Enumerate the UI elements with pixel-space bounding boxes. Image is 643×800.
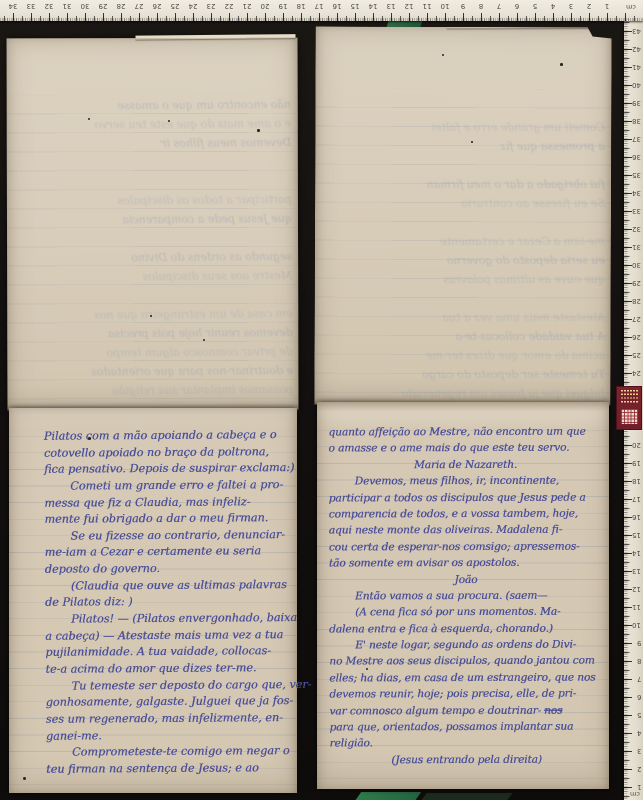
handwritten-line: comparencia de todos, e a vossa tambem, …	[329, 505, 603, 522]
handwritten-line: Cometi um grande erro e faltei a pro-	[44, 477, 290, 495]
ruler-number: 30	[81, 2, 90, 10]
ruler-number: 12	[632, 585, 641, 593]
ruler-number: 22	[225, 2, 234, 10]
left-page-written-sheet: Pilatos com a mão apoiando a cabeça e oc…	[9, 408, 297, 793]
handwritten-line: o amasse e o ame mais do que este teu se…	[328, 440, 602, 457]
ruler-number: 34	[9, 2, 18, 10]
paper-speck	[150, 315, 152, 317]
ruler-unit-label: cm	[630, 790, 640, 798]
handwritten-line: dalena entra e fica à esquerda, chorando…	[329, 620, 603, 637]
ruler-number: 32	[45, 2, 54, 10]
handwritten-line: Se eu fizesse ao contrario, denunciar-	[44, 527, 290, 545]
bleedthrough-line: e doutrinar-nos para que orientados	[14, 361, 293, 382]
ruler-number: 23	[207, 2, 216, 10]
ruler-number: 1	[605, 2, 609, 10]
ruler-number: 4	[637, 729, 641, 737]
ruler-number: 16	[333, 2, 342, 10]
ruler-number: 25	[632, 351, 641, 359]
bleedthrough-line: e o ame mais do que este teu servo	[12, 114, 291, 135]
ruler-number: 36	[632, 153, 641, 161]
paper-speck	[203, 339, 205, 341]
ruler-number: 2	[587, 2, 591, 10]
ruler-number: 12	[405, 2, 414, 10]
handwritten-line: participar a todos os discipulos que Jes…	[329, 489, 603, 506]
ruler-number: 15	[351, 2, 360, 10]
bleedthrough-line	[13, 228, 292, 249]
paper-speck	[168, 120, 170, 122]
bleedthrough-line: Tu temeste ser deposto do cargo	[321, 365, 605, 384]
ruler-number: 10	[632, 621, 641, 629]
handwritten-line: (A cena fica só por uns momentos. Ma-	[329, 604, 603, 621]
ruler-number: 31	[632, 243, 641, 251]
ruler-number: 19	[632, 459, 641, 467]
handwritten-line: cou certa de esperar-nos comsigo; apress…	[329, 538, 603, 555]
bleedthrough-line: que Jesus pede a comparencia	[13, 209, 292, 230]
ruler-number: 18	[297, 2, 306, 10]
right-page-bleedthrough: Cometi um grande erro e falteia promessa…	[321, 99, 606, 403]
ruler-number: 25	[171, 2, 180, 10]
handwritten-line: Maria de Nazareth.	[329, 456, 603, 473]
handwritten-line: E' neste logar, segundo as ordens do Div…	[329, 637, 603, 654]
bleedthrough-line: devemos reunir hoje pois precisa	[14, 323, 293, 344]
paper-speck	[88, 437, 91, 440]
ruler-number: 14	[632, 549, 641, 557]
handwritten-line: Pilatos com a mão apoiando a cabeça e o	[44, 427, 290, 445]
ruler-number: 19	[279, 2, 288, 10]
ruler-number: 18	[632, 477, 641, 485]
ruler-number: 17	[315, 2, 324, 10]
ruler-number: 29	[632, 279, 641, 287]
handwritten-line: aqui neste monte das oliveiras. Madalena…	[329, 522, 603, 539]
ruler-number: 5	[533, 2, 537, 10]
ruler-number: 20	[261, 2, 270, 10]
ruler-number: 33	[632, 207, 641, 215]
handwritten-line: deposto do governo.	[45, 560, 291, 578]
bleedthrough-line	[321, 289, 605, 308]
ruler-number: 27	[135, 2, 144, 10]
stacked-sheet-edge	[447, 24, 610, 29]
ruler-number: 4	[551, 2, 555, 10]
left-page-text: Pilatos com a mão apoiando a cabeça e oc…	[8, 427, 298, 778]
ruler-number: 28	[632, 297, 641, 305]
handwritten-line: teu firman na sentença de Jesus; e ao	[46, 760, 292, 778]
handwritten-line: Então vamos a sua procura. (saem—	[329, 587, 603, 604]
bleedthrough-line: não encontro um que o amasse	[12, 95, 291, 116]
ruler-number: 7	[637, 675, 641, 683]
bleedthrough-line	[12, 152, 291, 173]
ruler-number: 3	[569, 2, 573, 10]
ruler-number: 26	[153, 2, 162, 10]
paper-speck	[366, 668, 368, 670]
right-page-text: quanto affeição ao Mestre, não encontro …	[316, 423, 609, 768]
handwritten-line: (Claudia que ouve as ultimas palavras	[45, 577, 291, 595]
ruler-number: 26	[632, 333, 641, 341]
ruler-number: 11	[632, 603, 641, 611]
handwritten-line: pujilanimidade. A tua vaidade, collocas-	[45, 643, 291, 661]
ruler-number: 39	[632, 99, 641, 107]
bleedthrough-line: participar a todos os discipulos	[13, 190, 292, 211]
sticker-grid-chip	[621, 409, 638, 424]
ruler-number: 13	[632, 567, 641, 575]
right-page-upper-sheet: Cometi um grande erro e falteia promessa…	[314, 26, 611, 405]
bleedthrough-line	[12, 171, 291, 192]
handwritten-line: Comprometeste-te comigo em negar o	[46, 743, 292, 761]
ruler-number: 31	[63, 2, 72, 10]
ruler-number: 24	[632, 369, 641, 377]
ruler-number: 41	[632, 63, 641, 71]
handwritten-line: Tu temeste ser deposto do cargo que, ver…	[46, 677, 292, 695]
handwritten-line: religião.	[329, 735, 603, 752]
ruler-number: 32	[632, 225, 641, 233]
bleedthrough-line: eu seria deposto do governo	[321, 251, 605, 270]
ruler-number: 17	[632, 495, 641, 503]
handwritten-line: te-a acima do amor que dizes ter-me.	[45, 660, 291, 678]
handwritten-line: elles; ha dias, em casa de um estrangeir…	[329, 669, 603, 686]
ruler-number: 6	[637, 693, 641, 701]
ruler-number: 33	[27, 2, 36, 10]
left-page-upper-sheet: não encontro um que o amassee o ame mais…	[7, 38, 299, 411]
ruler-number: 3	[637, 747, 641, 755]
ruler-unit-label: cm	[626, 3, 636, 11]
handwritten-line: devemos reunir, hoje; pois precisa, elle…	[329, 686, 603, 703]
handwritten-line: para que, orientados, possamos implantar…	[329, 719, 603, 736]
handwritten-line: mente fui obrigado a dar o meu firman.	[44, 510, 290, 528]
bleedthrough-line: possamos implantar sua religião	[14, 380, 293, 401]
ruler-number: 43	[632, 27, 641, 35]
ruler-number: 21	[243, 2, 252, 10]
ruler-number: 10	[441, 2, 450, 10]
paper-speck	[23, 777, 26, 780]
bleedthrough-line: Mestre aos seus discipulos	[13, 266, 292, 287]
bleedthrough-line	[13, 285, 292, 306]
handwritten-line: (Jesus entrando pela direita)	[330, 751, 604, 768]
bleedthrough-line	[321, 99, 605, 118]
bleedthrough-line: Cometi um grande erro e faltei	[321, 118, 605, 137]
handwritten-line: ses um regenerado, mas infelizmente, en-	[46, 710, 292, 728]
ruler-number: 20	[632, 441, 641, 449]
green-fabric-bottom	[355, 792, 421, 800]
handwritten-line: me-iam a Cezar e certamente eu seria	[45, 544, 291, 562]
handwritten-line: cotovello apoiado no braço da poltrona,	[44, 444, 290, 462]
paper-speck	[471, 141, 473, 143]
ruler-number: 9	[637, 639, 641, 647]
bleedthrough-line: me-iam a Cezar e certamente	[321, 232, 605, 251]
ruler-number: 34	[632, 189, 641, 197]
bleedthrough-line: A tua vaidade collocas-te-a	[321, 327, 605, 346]
ruler-number: 11	[423, 2, 432, 10]
bleedthrough-line: a promessa que fiz	[321, 137, 605, 156]
handwritten-line: Pilatos! — (Pilatos envergonhado, baixa	[45, 610, 291, 628]
ruler-number: 40	[632, 81, 641, 89]
scanned-manuscript: cm 1234567891011121314151617181920212223…	[0, 0, 643, 800]
ruler-number: 38	[632, 117, 641, 125]
ruler-number: 16	[632, 513, 641, 521]
ruler-number: 8	[637, 657, 641, 665]
handwritten-line: fica pensativo. Depois de suspirar excla…	[44, 460, 290, 478]
ruler-number: 1	[637, 783, 641, 791]
ruler-number: 2	[637, 765, 641, 773]
bleedthrough-line	[321, 156, 605, 175]
handwritten-line: tão somente em avisar os apostolos.	[329, 555, 603, 572]
ruler-number: 30	[632, 261, 641, 269]
sticker-pattern-rows	[620, 390, 638, 405]
handwritten-line: quanto affeição ao Mestre, não encontro …	[328, 424, 602, 441]
paper-speck	[257, 129, 260, 132]
ruler-number: 37	[632, 135, 641, 143]
bleedthrough-line: acima do amor que dizes ter-me	[321, 346, 605, 365]
handwritten-line: gonhosamente, galgaste. Julguei que ja f…	[46, 693, 292, 711]
paper-speck	[560, 63, 563, 66]
ruler-number: 9	[461, 2, 465, 10]
bleedthrough-line	[321, 213, 605, 232]
ruler-number: 7	[497, 2, 501, 10]
handwritten-line: ganei-me.	[46, 727, 292, 745]
bleedthrough-line: em casa de um estrangeiro que nos	[14, 304, 293, 325]
green-fabric-shadow	[421, 793, 512, 800]
bleedthrough-line: de privar comnosco algum tempo	[14, 342, 293, 363]
bleedthrough-line: fui obrigado a dar o meu firman	[321, 175, 605, 194]
bleedthrough-line: Devemos meus filhos ir	[12, 133, 291, 154]
ruler-number: 5	[637, 711, 641, 719]
ruler-number: 24	[189, 2, 198, 10]
ruler-number: 28	[117, 2, 126, 10]
bleedthrough-line: Atestaste mais uma vez a tua	[321, 308, 605, 327]
ruler-number: 6	[515, 2, 519, 10]
horizontal-ruler: cm 1234567891011121314151617181920212223…	[0, 0, 643, 21]
ruler-number: 29	[99, 2, 108, 10]
ruler-number: 13	[387, 2, 396, 10]
handwritten-line: a cabeça) — Atestaste mais uma vez a tua	[45, 627, 291, 645]
bleedthrough-line: Se eu fizesse ao contrario	[321, 194, 605, 213]
stacked-sheet-edge	[135, 34, 295, 40]
ruler-number: 42	[632, 45, 641, 53]
ruler-number: 15	[632, 531, 641, 539]
paper-speck	[88, 118, 90, 120]
handwritten-line: de Pilatos diz: )	[45, 593, 291, 611]
right-page-written-sheet: quanto affeição ao Mestre, não encontro …	[317, 402, 609, 789]
handwritten-line: messa que fiz a Claudia, mas infeliz-	[44, 494, 290, 512]
bleedthrough-line: que ouve as ultimas palavras	[321, 270, 605, 289]
calibration-sticker	[616, 386, 642, 430]
handwritten-line: Devemos, meus filhos, ir, incontinente,	[329, 473, 603, 490]
handwritten-line: João	[329, 571, 603, 588]
left-page-bleedthrough: não encontro um que o amassee o ame mais…	[12, 95, 293, 401]
bleedthrough-line: segundo as ordens do Divino	[13, 247, 292, 268]
handwritten-line: no Mestre aos seus discipulos, quando ja…	[329, 653, 603, 670]
ruler-number: 35	[632, 171, 641, 179]
ruler-number: 14	[369, 2, 378, 10]
ruler-number: 27	[632, 315, 641, 323]
handwritten-line: var comnosco algum tempo e doutrinar-nos	[329, 702, 603, 719]
paper-speck	[442, 54, 444, 56]
ruler-number: 8	[479, 2, 483, 10]
